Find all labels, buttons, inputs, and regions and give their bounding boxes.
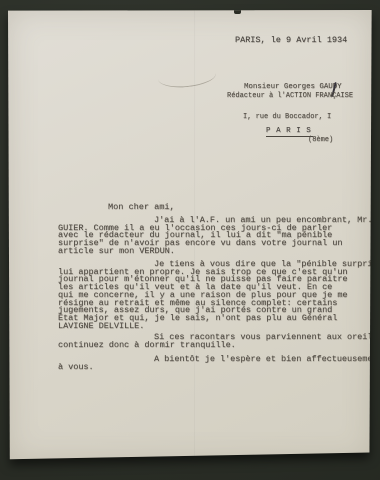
recipient-name: Monsieur Georges GAUDY bbox=[244, 83, 342, 91]
recipient-district: (8ème) bbox=[308, 136, 333, 144]
letter-page-shadow: PARIS, le 9 Avril 1934 Monsieur Georges … bbox=[8, 10, 372, 462]
letter-page: PARIS, le 9 Avril 1934 Monsieur Georges … bbox=[8, 10, 372, 462]
body-paragraph-2: Je tiens à vous dire que la "pénible sur… bbox=[58, 261, 380, 330]
scanned-letter-background: PARIS, le 9 Avril 1934 Monsieur Georges … bbox=[0, 0, 380, 480]
pencil-mark bbox=[157, 63, 217, 90]
date-line: PARIS, le 9 Avril 1934 bbox=[235, 35, 347, 45]
body-paragraph-3: Si ces racontars vous parviennent aux or… bbox=[58, 334, 380, 349]
closing-paragraph: A bientôt je l'espère et bien affectueus… bbox=[58, 356, 380, 371]
salutation: Mon cher ami, bbox=[108, 202, 175, 212]
recipient-city: P A R I S bbox=[266, 127, 313, 137]
paper-edge-notch bbox=[234, 10, 241, 14]
recipient-role: Rédacteur à l'ACTION FRANÇAISE bbox=[227, 92, 353, 100]
body-paragraph-1: J'ai à l'A.F. un ami un peu encombrant, … bbox=[58, 217, 380, 256]
recipient-street: I, rue du Boccador, I bbox=[243, 113, 331, 121]
